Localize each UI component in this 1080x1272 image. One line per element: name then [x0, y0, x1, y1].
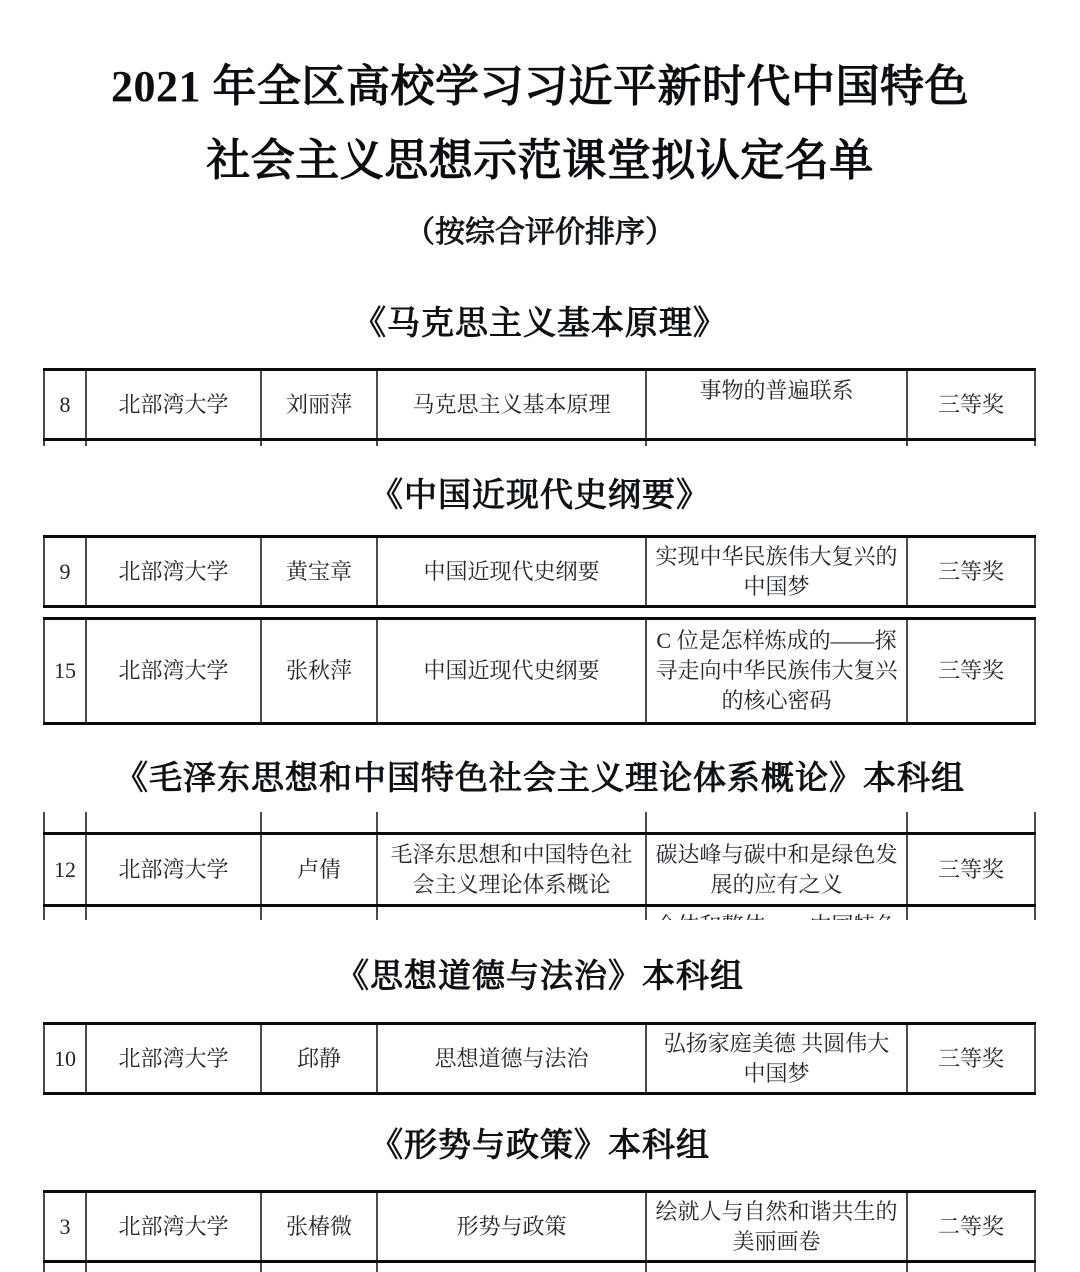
table-xingshizhengce: 3 北部湾大学 张椿微 形势与政策 绘就人与自然和谐共生的美丽画卷 二等奖	[43, 1190, 1036, 1272]
cell-no: 8	[43, 371, 87, 438]
cell-empty	[262, 441, 378, 446]
table-sixiangdaode: 10 北部湾大学 邱静 思想道德与法治 弘扬家庭美德 共圆伟大中国梦 三等奖	[43, 1022, 1036, 1095]
cell-award: 三等奖	[908, 538, 1036, 605]
cell-topic: 绘就人与自然和谐共生的美丽画卷	[647, 1193, 908, 1260]
cell-no: 15	[43, 620, 87, 722]
document-page: { "header": { "title_line1": "2021 年全区高校…	[0, 0, 1080, 1272]
page-title-line-1: 2021 年全区高校学习习近平新时代中国特色	[30, 50, 1050, 124]
cell-university: 北部湾大学	[87, 1025, 262, 1092]
section-heading-makesi: 《马克思主义基本原理》	[0, 300, 1080, 346]
cell-teacher: 黄宝章	[262, 538, 378, 605]
table-rule-bottom	[43, 722, 1036, 725]
cell-empty	[262, 1263, 378, 1272]
section-heading-gangyao: 《中国近现代史纲要》	[0, 472, 1080, 518]
clipped-next-row-sliver	[43, 1263, 1036, 1272]
cell-empty	[647, 441, 908, 446]
cell-topic: 事物的普遍联系	[647, 371, 908, 438]
table-row: 10 北部湾大学 邱静 思想道德与法治 弘扬家庭美德 共圆伟大中国梦 三等奖	[43, 1025, 1036, 1092]
cell-empty	[908, 812, 1036, 832]
table-makesi: 8 北部湾大学 刘丽萍 马克思主义基本原理 事物的普遍联系 三等奖	[43, 368, 1036, 446]
cell-empty	[908, 441, 1036, 446]
cell-empty	[378, 441, 647, 446]
cell-empty	[647, 812, 908, 832]
cell-university: 北部湾大学	[87, 835, 262, 904]
cell-course: 思想道德与法治	[378, 1025, 647, 1092]
cell-empty	[87, 812, 262, 832]
cell-empty	[647, 1263, 908, 1272]
cell-empty	[262, 907, 378, 920]
cell-empty	[87, 441, 262, 446]
cell-award: 三等奖	[908, 371, 1036, 438]
section-heading-sixiangdaode: 《思想道德与法治》本科组	[0, 953, 1080, 999]
cell-university: 北部湾大学	[87, 1193, 262, 1260]
cell-topic: C 位是怎样炼成的——探寻走向中华民族伟大复兴的核心密码	[647, 620, 908, 722]
cell-no: 10	[43, 1025, 87, 1092]
table-row: 15 北部湾大学 张秋萍 中国近现代史纲要 C 位是怎样炼成的——探寻走向中华民…	[43, 620, 1036, 722]
cell-course: 中国近现代史纲要	[378, 620, 647, 722]
cell-empty	[378, 1263, 647, 1272]
clipped-next-row-sliver: 个体和整体——中国特色	[43, 907, 1036, 920]
cell-course: 形势与政策	[378, 1193, 647, 1260]
table-row: 3 北部湾大学 张椿微 形势与政策 绘就人与自然和谐共生的美丽画卷 二等奖	[43, 1193, 1036, 1260]
cell-university: 北部湾大学	[87, 371, 262, 438]
cell-teacher: 邱静	[262, 1025, 378, 1092]
page-title: 2021 年全区高校学习习近平新时代中国特色 社会主义思想示范课堂拟认定名单	[30, 50, 1050, 198]
page-title-line-2: 社会主义思想示范课堂拟认定名单	[30, 124, 1050, 198]
table-row: 8 北部湾大学 刘丽萍 马克思主义基本原理 事物的普遍联系 三等奖	[43, 371, 1036, 438]
cell-topic: 碳达峰与碳中和是绿色发展的应有之义	[647, 835, 908, 904]
cell-award: 三等奖	[908, 1025, 1036, 1092]
cell-empty	[87, 907, 262, 920]
table-rule-bottom	[43, 1092, 1036, 1095]
cell-empty	[43, 1263, 87, 1272]
cell-award: 三等奖	[908, 620, 1036, 722]
cell-no: 12	[43, 835, 87, 904]
cell-teacher: 刘丽萍	[262, 371, 378, 438]
cell-course: 马克思主义基本原理	[378, 371, 647, 438]
cell-award: 三等奖	[908, 835, 1036, 904]
cell-empty	[43, 441, 87, 446]
section-heading-maogai: 《毛泽东思想和中国特色社会主义理论体系概论》本科组	[0, 755, 1080, 801]
table-rule-bottom	[43, 605, 1036, 608]
table-row: 9 北部湾大学 黄宝章 中国近现代史纲要 实现中华民族伟大复兴的中国梦 三等奖	[43, 538, 1036, 605]
cell-university: 北部湾大学	[87, 620, 262, 722]
cell-empty	[378, 812, 647, 832]
cell-empty	[908, 1263, 1036, 1272]
cell-no: 3	[43, 1193, 87, 1260]
table-gangyao-row9: 9 北部湾大学 黄宝章 中国近现代史纲要 实现中华民族伟大复兴的中国梦 三等奖	[43, 535, 1036, 608]
cell-topic: 弘扬家庭美德 共圆伟大中国梦	[647, 1025, 908, 1092]
cell-university: 北部湾大学	[87, 538, 262, 605]
table-maogai: 12 北部湾大学 卢倩 毛泽东思想和中国特色社会主义理论体系概论 碳达峰与碳中和…	[43, 812, 1036, 920]
cell-course: 中国近现代史纲要	[378, 538, 647, 605]
clipped-prev-row-sliver	[43, 812, 1036, 832]
cell-empty	[908, 907, 1036, 920]
cell-course: 毛泽东思想和中国特色社会主义理论体系概论	[378, 835, 647, 904]
cell-empty	[43, 907, 87, 920]
cell-teacher: 张椿微	[262, 1193, 378, 1260]
page-subtitle: （按综合评价排序）	[0, 212, 1080, 254]
cell-no: 9	[43, 538, 87, 605]
cell-teacher: 张秋萍	[262, 620, 378, 722]
clipped-next-row-sliver	[43, 441, 1036, 446]
cell-award: 二等奖	[908, 1193, 1036, 1260]
table-row: 12 北部湾大学 卢倩 毛泽东思想和中国特色社会主义理论体系概论 碳达峰与碳中和…	[43, 835, 1036, 904]
cell-empty	[43, 812, 87, 832]
cell-empty	[87, 1263, 262, 1272]
cell-empty	[378, 907, 647, 920]
cell-teacher: 卢倩	[262, 835, 378, 904]
clipped-topic-text: 个体和整体——中国特色	[655, 911, 897, 920]
cell-topic-clipped: 个体和整体——中国特色	[647, 907, 908, 920]
cell-empty	[262, 812, 378, 832]
table-gangyao-row15: 15 北部湾大学 张秋萍 中国近现代史纲要 C 位是怎样炼成的——探寻走向中华民…	[43, 617, 1036, 725]
cell-topic: 实现中华民族伟大复兴的中国梦	[647, 538, 908, 605]
section-heading-xingshizhengce: 《形势与政策》本科组	[0, 1122, 1080, 1168]
